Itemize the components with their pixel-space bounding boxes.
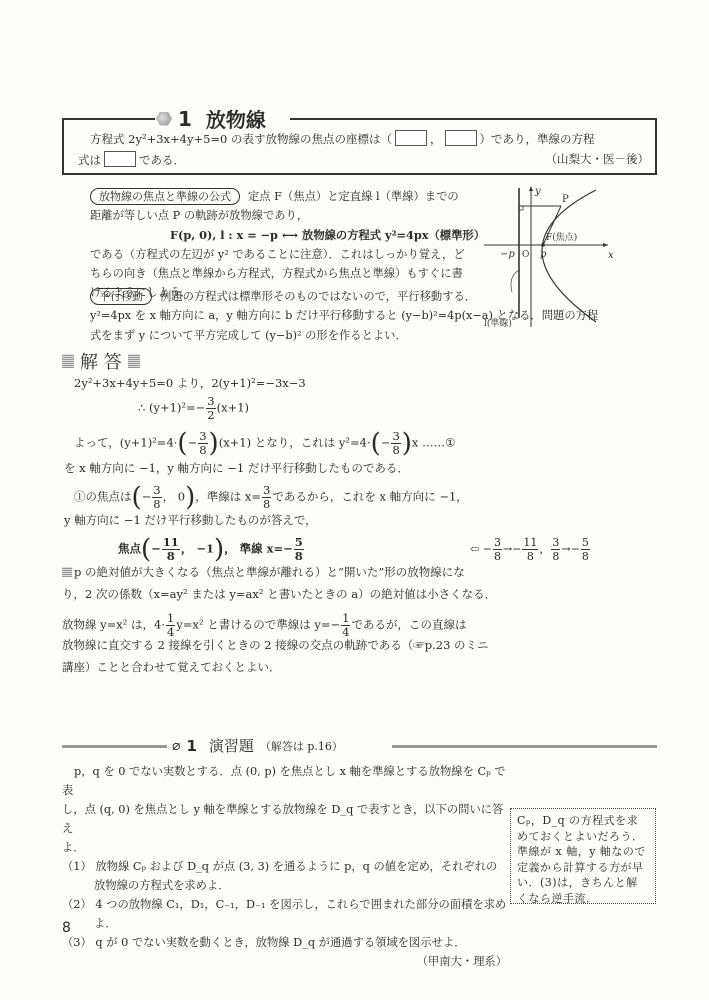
answer-blank-2[interactable]	[445, 130, 477, 146]
box-top-rule	[62, 118, 155, 120]
remark-line-3: 放物線 y=x² は，4·14y=x² と書けるので準線は y=−14であるが，…	[62, 612, 466, 639]
exercise-body: p，q を 0 でない実数とする．点 (0, p) を焦点とし x 軸を準線とす…	[62, 762, 507, 971]
page-number: 8	[62, 920, 71, 936]
answer-line-3: よって，(y+1)²=4·(−38)(x+1) となり，これは y²=4·(−3…	[74, 430, 455, 457]
svg-text:x: x	[608, 250, 614, 261]
question-1: （1） 放物線 Cₚ および D_q が点 (3, 3) を通るように p，q …	[62, 857, 507, 895]
question-2: （2） 4 つの放物線 C₁，D₁，C₋₁，D₋₁ を図示し，これらで囲まれた部…	[62, 895, 507, 933]
section-number: 1	[178, 107, 192, 131]
svg-text:y: y	[534, 186, 541, 197]
exercise-icon: ⌀	[172, 738, 180, 754]
answer-line-6: y 軸方向に −1 だけ平行移動したものが答えで，	[64, 512, 317, 528]
svg-text:p: p	[540, 249, 547, 260]
hexagon-icon	[156, 112, 172, 126]
svg-text:F(焦点): F(焦点)	[546, 231, 577, 243]
parabola-curve	[542, 190, 596, 322]
svg-text:O: O	[522, 250, 529, 260]
answer-line-2: ∴ (y+1)²=−32(x+1)	[138, 395, 249, 422]
box-top-rule	[290, 118, 657, 120]
exercise-hint-note: Cₚ，D_q の方程式を求めておくとよいだろう．準線が x 軸，y 軸なので定義…	[510, 808, 656, 904]
answer-line-4: を x 軸方向に −1，y 軸方向に −1 だけ平行移動したものである．	[64, 460, 409, 476]
remark-line-5: 講座）ことと合わせて覚えておくとよい．	[62, 659, 281, 675]
answer-blank-1[interactable]	[395, 130, 427, 146]
side-note: ⇦ −38→−118，38→−58	[470, 536, 591, 563]
answer-line-1: 2y²+3x+4y+5=0 より，2(y+1)²=−3x−3	[74, 375, 306, 391]
explanation: 放物線の焦点と準線の公式定点 F（焦点）と定直線 l（準線）までの 距離が等しい…	[90, 187, 480, 303]
answer-heading: 解 答	[62, 348, 140, 374]
answer-blank-3[interactable]	[104, 151, 136, 167]
translation-pill: 平行移動	[90, 288, 152, 305]
exercise-title: ⌀ 1 演習題 （解答は p.16）	[172, 735, 343, 756]
final-answer: 焦点(−118， −1)， 準線 x=−58	[118, 536, 305, 563]
question-3: （3） q が 0 でない実数を動くとき，放物線 D_q が通過する領域を図示せ…	[62, 933, 507, 952]
remark-line-1: p の絶対値が大きくなる（焦点と準線が離れる）と“開いた”形の放物線にな	[62, 564, 465, 580]
remark-line-4: 放物線に直交する 2 接線を引くときの 2 接線の交点の軌跡である（☞p.23 …	[62, 637, 489, 653]
standard-form-formula: F(p, 0), l : x = −p ⟷ 放物線の方程式 y²=4px（標準形…	[90, 226, 480, 245]
parabola-graph: y x P F(焦点) O p −p l(準線)	[478, 182, 618, 332]
answer-line-5: ①の焦点は(−38， 0)，準線は x=38であるから，これを x 軸方向に −…	[74, 484, 468, 511]
formula-pill: 放物線の焦点と準線の公式	[90, 188, 240, 205]
svg-text:l(準線): l(準線)	[484, 317, 512, 329]
exercise-source: （甲南大・理系）	[62, 952, 507, 971]
remark-line-2: り，2 次の係数（x=ay² または y=ax² と書いたときの a）の絶対値は…	[62, 586, 496, 602]
square-icon	[128, 354, 140, 368]
svg-text:P: P	[562, 194, 569, 205]
square-icon	[62, 354, 74, 368]
problem-source: （山梨大・医－後）	[546, 151, 650, 167]
focus-point	[541, 243, 545, 247]
square-icon	[62, 567, 72, 577]
svg-text:−p: −p	[500, 249, 515, 260]
